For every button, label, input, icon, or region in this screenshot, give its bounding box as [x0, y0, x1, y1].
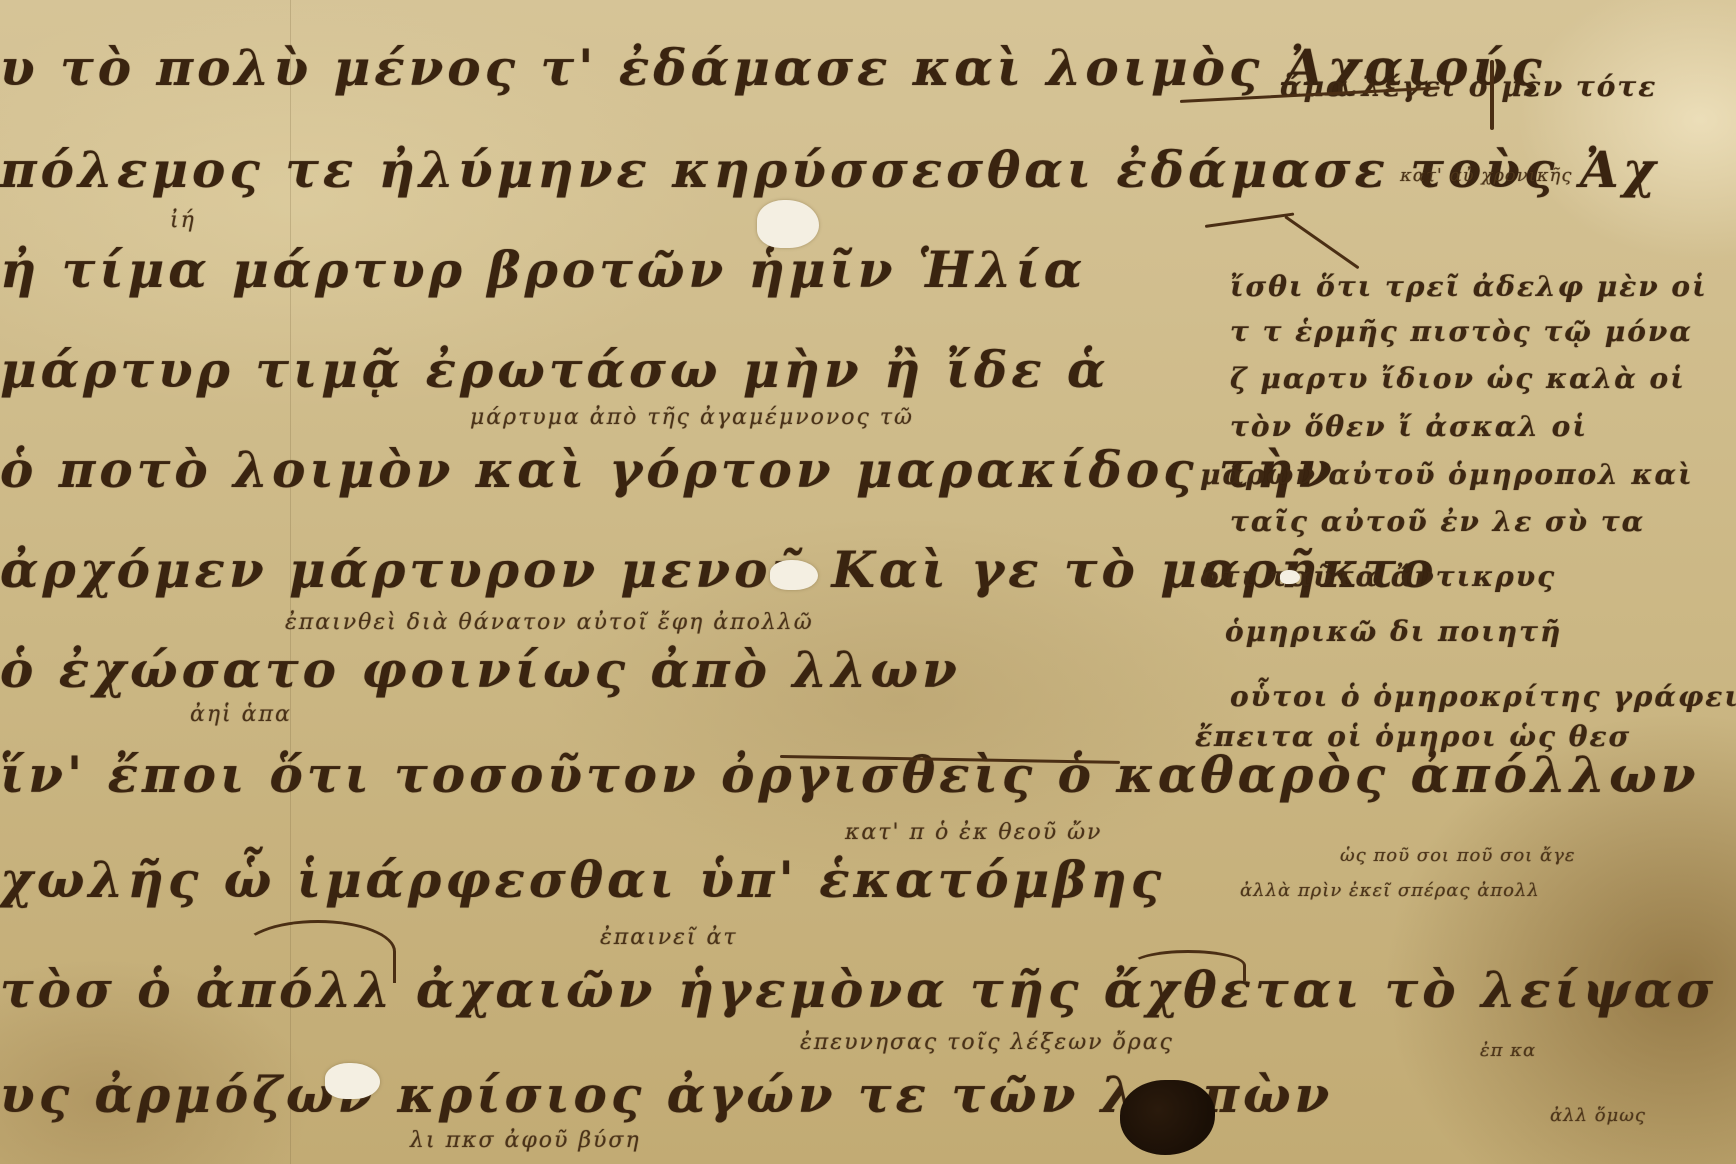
- marginal-scholion: ἀλλ ὅμως: [1550, 1105, 1646, 1126]
- marginal-scholion: ἐπ κα: [1480, 1040, 1536, 1061]
- interlinear-gloss: κατ' π ὁ ἐκ θεοῦ ὤν: [845, 820, 1102, 845]
- interlinear-gloss: ἰή: [170, 208, 196, 233]
- marginal-scholion: κατ' αὐ χρονικῆς: [1400, 165, 1572, 186]
- scholia-block-line: τὸν ὅθεν ἴ ἀσκαλ οἱ: [1230, 410, 1588, 443]
- pen-arc: [1130, 950, 1246, 981]
- interlinear-gloss: ἀηἱ ἁπα: [190, 702, 292, 727]
- parchment-hole: [325, 1063, 380, 1099]
- main-text-line: χωλῆς ὧ ἱμάρφεσθαι ὑπ' ἑκατόμβης: [0, 850, 1165, 909]
- marginal-scholion: ἅμα λέγει ὁ μὲν τότε: [1280, 70, 1657, 103]
- interlinear-gloss: ἐπευνησας τοῖς λέξεων ὄρας: [800, 1030, 1174, 1055]
- marginal-scholion: ἀλλὰ πρὶν ἐκεῖ σπέρας ἀπολλ: [1240, 880, 1540, 901]
- parchment-hole: [770, 560, 818, 590]
- scholia-block-line: ἔπειτα οἱ ὁμηροι ὡς θεσ: [1195, 720, 1631, 753]
- scholia-block-line: ταῖς αὐτοῦ ἐν λε σὺ τα: [1230, 505, 1645, 538]
- scholia-block-line: οὗτοι ὁ ὁμηροκρίτης γράφει: [1230, 680, 1736, 713]
- scholia-block-line: ὁμηρικῶ δι ποιητῆ: [1225, 615, 1562, 648]
- scholia-block-line: ζ μαρτυ ἴδιον ὡς καλὰ οἱ: [1230, 362, 1686, 395]
- interlinear-gloss: μάρτυμα ἀπὸ τῆς ἀγαμέμνονος τῶ: [470, 405, 914, 430]
- scholia-block-line: μάρων αὐτοῦ ὁμηροπολ καὶ: [1200, 458, 1694, 491]
- scholia-block-line: ἴσθι ὅτι τρεῖ ἀδελφ μὲν οἱ: [1230, 270, 1708, 303]
- main-text-line: ὁ ποτὸ λοιμὸν καὶ γόρτον μαρακίδος τὴν: [0, 440, 1336, 499]
- scholia-block-line: ὅτι ταῦτα ἄντικρυς: [1200, 560, 1556, 593]
- interlinear-gloss: λι πκσ ἀφοῦ βύση: [410, 1128, 641, 1153]
- pen-arc: [240, 920, 396, 983]
- pen-stroke: [1490, 60, 1494, 130]
- interlinear-gloss: ἐπαινθεὶ διὰ θάνατον αὐτοῖ ἔφη ἀπολλῶ: [285, 610, 814, 635]
- parchment-hole: [757, 200, 819, 248]
- main-text-line: ὁ ἐχώσατο φοινίως ἀπὸ λλων: [0, 640, 961, 699]
- scholia-block-line: τ τ ἑρμῆς πιστὸς τῷ μόνα: [1230, 315, 1693, 348]
- marginal-scholion: ὡς ποῦ σοι ποῦ σοι ἄγε: [1340, 845, 1576, 866]
- interlinear-gloss: ἐπαινεῖ ἀτ: [600, 925, 738, 950]
- parchment-hole: [1280, 570, 1300, 584]
- main-text-line: ἠ τίμα μάρτυρ βροτῶν ἡμῖν Ἡλία: [0, 240, 1086, 299]
- main-text-line: μάρτυρ τιμᾷ ἐρωτάσω μὴν ἢ ἴδε ἁ: [0, 340, 1110, 399]
- main-text-line: ἵν' ἔποι ὅτι τοσοῦτον ὀργισθεὶς ὁ καθαρὸ…: [0, 745, 1699, 804]
